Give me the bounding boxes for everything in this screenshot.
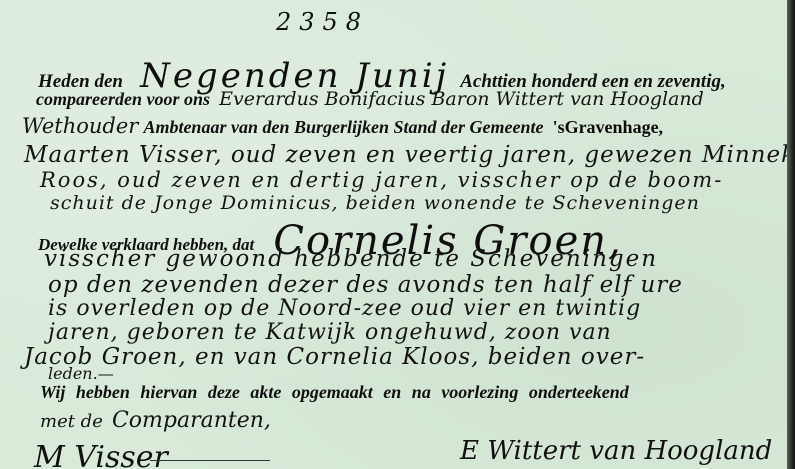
line-11: jaren, geboren te Katwijk ongehuwd, zoon… [48,320,612,345]
printed-place: 'sGravenhage, [553,117,664,137]
line-10: is overleden op de Noord-zee oud vier en… [48,296,641,321]
handwritten-date-of-death: op den zevenden dezer des avonds ten hal… [48,272,683,298]
handwritten-wethouder: Wethouder [22,114,138,138]
line-8: visscher gewoond hebbende te Scheveninge… [44,246,658,272]
handwritten-comparanten: Comparanten, [112,408,271,433]
line-9: op den zevenden dezer des avonds ten hal… [48,272,683,298]
line-14: Wij hebben hiervan deze akte opgemaakt e… [40,382,629,403]
handwritten-parents: Jacob Groen, en van Cornelia Kloos, beid… [24,344,645,370]
handwritten-birthplace: jaren, geboren te Katwijk ongehuwd, zoon… [48,320,612,345]
handwritten-leden: leden.— [48,364,114,383]
printed-met-de: met de [40,411,103,432]
record-number: 2358 [276,8,369,36]
line-6: schuit de Jonge Dominicus, beiden wonend… [50,192,700,214]
document-page: 2358 Heden den Negenden Junij Achttien h… [0,0,787,469]
signature-official: E Wittert van Hoogland [460,436,772,466]
printed-ambtenaar: Ambtenaar van den Burgerlijken Stand der… [143,117,543,137]
line-4: Maarten Visser, oud zeven en veertig jar… [24,142,795,168]
line-13: leden.— [48,364,114,383]
line-15: met de Comparanten, [40,408,271,433]
line-3: Wethouder Ambtenaar van den Burgerlijken… [22,114,663,138]
line-2: compareerden voor ons Everardus Bonifaci… [36,88,704,110]
handwritten-official-name: Everardus Bonifacius Baron Wittert van H… [219,88,704,110]
printed-compareerden: compareerden voor ons [36,89,210,109]
handwritten-witness-1: Maarten Visser, oud zeven en veertig jar… [24,142,795,168]
signature-witness: M Visser [34,440,168,469]
line-12: Jacob Groen, en van Cornelia Kloos, beid… [24,344,645,370]
page-edge-shadow [787,0,795,469]
signature-flourish [150,460,270,461]
printed-closing-statement: Wij hebben hiervan deze akte opgemaakt e… [40,382,629,402]
handwritten-occupation: visscher gewoond hebbende te Scheveninge… [44,246,658,272]
line-5: Roos, oud zeven en dertig jaren, vissche… [40,168,723,192]
handwritten-residence: schuit de Jonge Dominicus, beiden wonend… [50,192,700,214]
handwritten-witness-2: Roos, oud zeven en dertig jaren, vissche… [40,168,723,192]
handwritten-place-of-death: is overleden op de Noord-zee oud vier en… [48,296,641,321]
